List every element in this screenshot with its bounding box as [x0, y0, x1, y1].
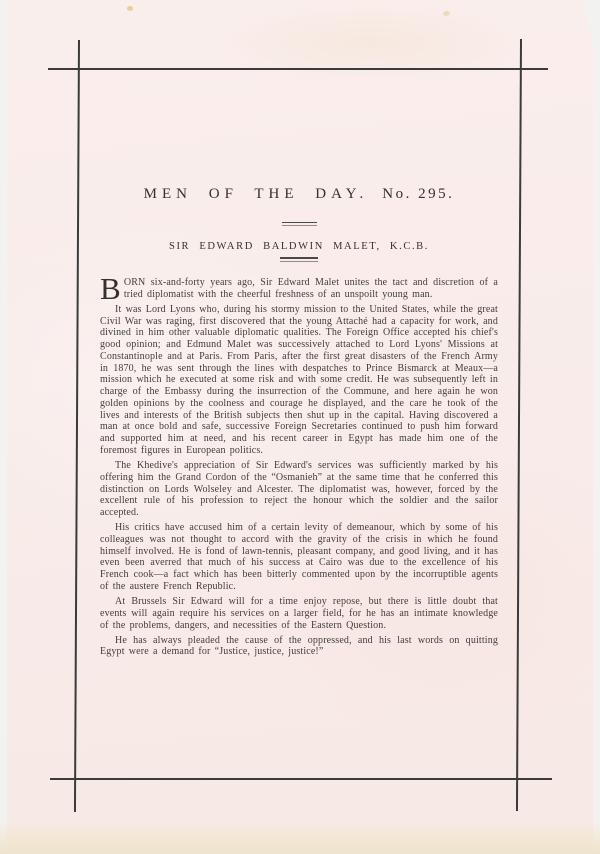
- paragraph: He has always pleaded the cause of the o…: [100, 635, 498, 659]
- article-body: BORN six-and-forty years ago, Sir Edward…: [100, 277, 498, 658]
- paragraph: The Khedive's appreciation of Sir Edward…: [100, 460, 498, 519]
- paragraph: His critics have accused him of a certai…: [100, 522, 498, 593]
- paper-stain: [127, 6, 133, 11]
- paragraph: It was Lord Lyons who, during his stormy…: [100, 304, 498, 457]
- frame-left-rule: [73, 40, 79, 812]
- subtitle-divider-rule: [280, 257, 318, 262]
- series-title: MEN OF THE DAY.: [144, 186, 369, 202]
- frame-top-rule: [48, 68, 548, 70]
- drop-cap: B: [100, 277, 121, 299]
- paragraph-text: ORN six-and-forty years ago, Sir Edward …: [124, 277, 498, 300]
- frame-right-rule: [515, 39, 521, 811]
- issue-number: No. 295.: [382, 186, 454, 202]
- subject-title: SIR EDWARD BALDWIN MALET, K.C.B.: [100, 240, 498, 253]
- paragraph: At Brussels Sir Edward will for a time e…: [100, 596, 498, 631]
- page-content: MEN OF THE DAY.No. 295. SIR EDWARD BALDW…: [100, 186, 498, 658]
- title-divider-rule: [282, 222, 317, 226]
- paper-page: MEN OF THE DAY.No. 295. SIR EDWARD BALDW…: [7, 0, 593, 854]
- paper-stain: [443, 11, 450, 16]
- paragraph: BORN six-and-forty years ago, Sir Edward…: [100, 277, 498, 301]
- page-title: MEN OF THE DAY.No. 295.: [100, 186, 498, 203]
- scan-backdrop: { "header": { "series_title": "MEN OF TH…: [0, 0, 600, 854]
- frame-bottom-rule: [50, 778, 552, 780]
